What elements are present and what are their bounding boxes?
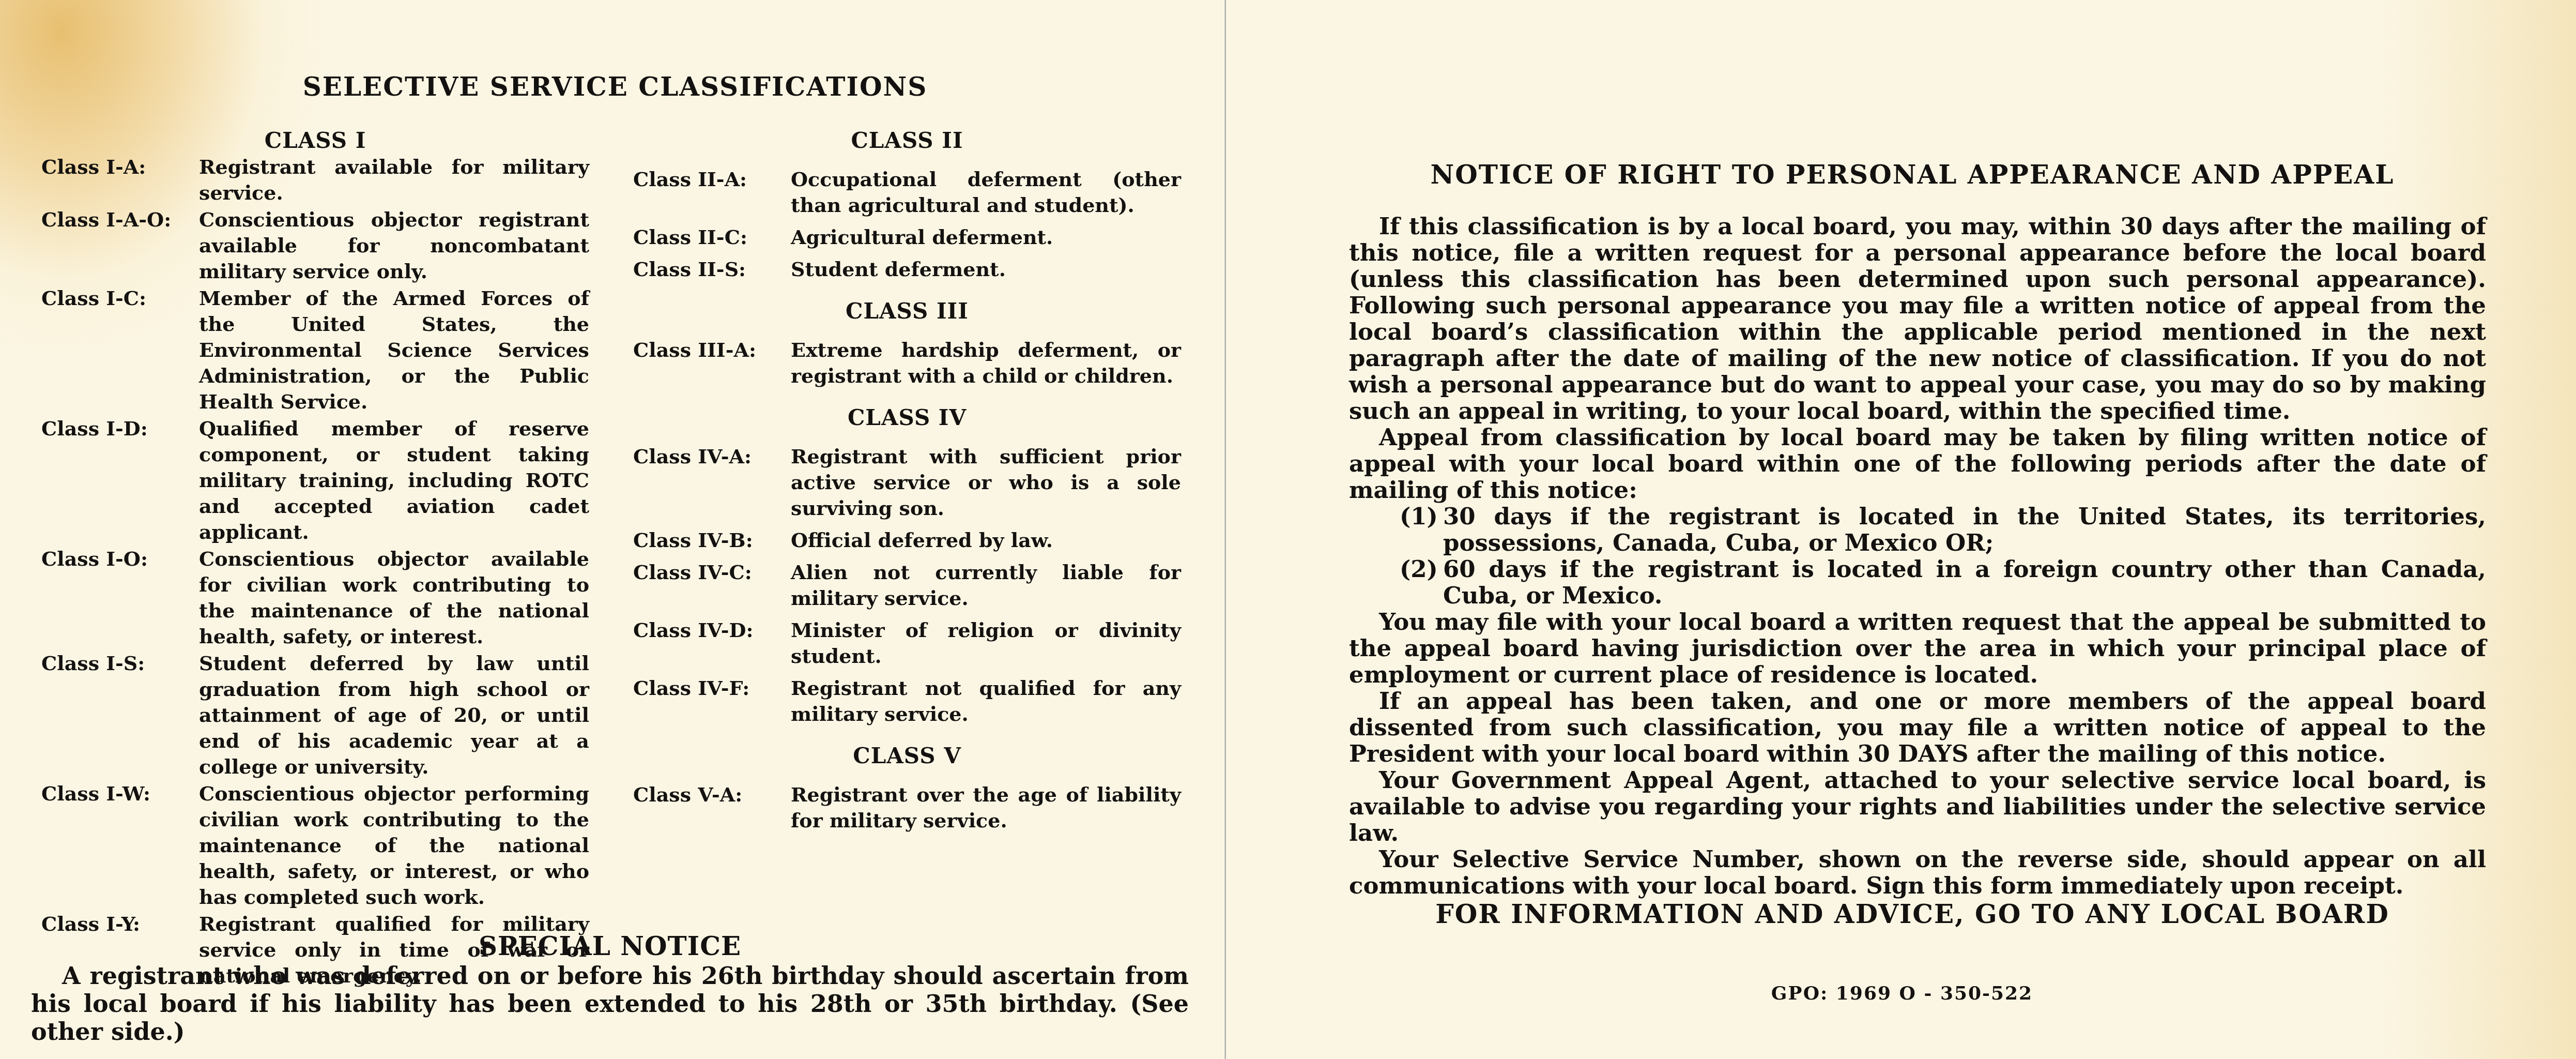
paragraph-appeal-periods: Appeal from classification by local boar…: [1349, 424, 2486, 503]
classification-description: Extreme hardship deferment, or registran…: [791, 337, 1181, 389]
classification-entry: Class I-O:Conscientious objector availab…: [41, 546, 589, 649]
classification-entry: Class II-C:Agricultural deferment.: [633, 224, 1181, 250]
class-group-header: CLASS IV: [633, 404, 1181, 431]
period-number: (2): [1400, 556, 1443, 609]
classification-description: Registrant over the age of liability for…: [791, 782, 1181, 834]
paragraph-presidential-appeal: If an appeal has been taken, and one or …: [1349, 688, 2486, 767]
classification-code: Class I-A:: [41, 154, 199, 206]
paragraph-service-number: Your Selective Service Number, shown on …: [1349, 846, 2486, 899]
class-i-column: CLASS I Class I-A:Registrant available f…: [41, 127, 589, 990]
classification-entry: Class I-W:Conscientious objector perform…: [41, 781, 589, 910]
classification-code: Class IV-A:: [633, 444, 791, 521]
classification-code: Class II-C:: [633, 224, 791, 250]
classification-code: Class II-S:: [633, 256, 791, 282]
appeal-notice-title: NOTICE OF RIGHT TO PERSONAL APPEARANCE A…: [1364, 159, 2460, 190]
class-group: CLASS IVClass IV-A:Registrant with suffi…: [633, 404, 1181, 727]
classification-description: Qualified member of reserve component, o…: [199, 416, 589, 545]
classification-code: Class V-A:: [633, 782, 791, 834]
period-text: 30 days if the registrant is located in …: [1443, 503, 2486, 556]
classification-code: Class I-S:: [41, 650, 199, 780]
classification-description: Conscientious objector available for civ…: [199, 546, 589, 649]
classification-description: Occupational deferment (other than agric…: [791, 167, 1181, 218]
classification-entry: Class I-D:Qualified member of reserve co…: [41, 416, 589, 545]
classification-code: Class I-O:: [41, 546, 199, 649]
classification-code: Class IV-D:: [633, 617, 791, 669]
class-ii-v-column: CLASS IIClass II-A:Occupational defermen…: [633, 127, 1181, 840]
class-groups: CLASS IIClass II-A:Occupational defermen…: [633, 127, 1181, 834]
classification-description: Registrant with sufficient prior active …: [791, 444, 1181, 521]
local-board-advice: FOR INFORMATION AND ADVICE, GO TO ANY LO…: [1364, 899, 2460, 929]
classification-description: Conscientious objector performing civili…: [199, 781, 589, 910]
appeal-period-2: (2) 60 days if the registrant is located…: [1349, 556, 2486, 609]
classification-description: Student deferred by law until graduation…: [199, 650, 589, 780]
classification-description: Minister of religion or divinity student…: [791, 617, 1181, 669]
classification-code: Class I-W:: [41, 781, 199, 910]
classification-entry: Class I-S:Student deferred by law until …: [41, 650, 589, 780]
class-group: CLASS IIClass II-A:Occupational defermen…: [633, 127, 1181, 282]
classification-code: Class III-A:: [633, 337, 791, 389]
classification-entry: Class I-A-O:Conscientious objector regis…: [41, 207, 589, 284]
classification-code: Class IV-B:: [633, 527, 791, 553]
class-group-header: CLASS II: [633, 127, 1181, 154]
classification-description: Registrant not qualified for any militar…: [791, 675, 1181, 727]
classification-description: Student deferment.: [791, 256, 1181, 282]
class-group: CLASS VClass V-A:Registrant over the age…: [633, 743, 1181, 834]
period-number: (1): [1400, 503, 1443, 556]
classification-description: Official deferred by law.: [791, 527, 1181, 553]
classification-entry: Class IV-C:Alien not currently liable fo…: [633, 559, 1181, 611]
classification-code: Class I-D:: [41, 416, 199, 545]
classification-description: Member of the Armed Forces of the United…: [199, 285, 589, 415]
classification-entry: Class IV-D:Minister of religion or divin…: [633, 617, 1181, 669]
classification-description: Conscientious objector registrant availa…: [199, 207, 589, 284]
period-text: 60 days if the registrant is located in …: [1443, 556, 2486, 609]
classification-entry: Class IV-A:Registrant with sufficient pr…: [633, 444, 1181, 521]
special-notice-body: A registrant who was deferred on or befo…: [31, 962, 1189, 1046]
classification-code: Class I-C:: [41, 285, 199, 415]
class-i-header: CLASS I: [41, 127, 589, 154]
class-group-header: CLASS III: [633, 298, 1181, 325]
classification-code: Class II-A:: [633, 167, 791, 218]
classification-code: Class I-A-O:: [41, 207, 199, 284]
classification-description: Alien not currently liable for military …: [791, 559, 1181, 611]
card-fold-line: [1224, 0, 1226, 1059]
classification-entry: Class IV-B:Official deferred by law.: [633, 527, 1181, 553]
appeal-notice-body: If this classification is by a local boa…: [1349, 213, 2486, 899]
classification-entry: Class IV-F:Registrant not qualified for …: [633, 675, 1181, 727]
classification-code: Class IV-C:: [633, 559, 791, 611]
classification-entry: Class I-C:Member of the Armed Forces of …: [41, 285, 589, 415]
class-group-header: CLASS V: [633, 743, 1181, 769]
classification-entry: Class III-A:Extreme hardship deferment, …: [633, 337, 1181, 389]
special-notice-title: SPECIAL NOTICE: [31, 931, 1189, 962]
paragraph-appeal-agent: Your Government Appeal Agent, attached t…: [1349, 767, 2486, 846]
classification-entry: Class II-A:Occupational deferment (other…: [633, 167, 1181, 218]
classification-code: Class IV-F:: [633, 675, 791, 727]
paragraph-appeal-board-request: You may file with your local board a wri…: [1349, 609, 2486, 688]
special-notice: SPECIAL NOTICE A registrant who was defe…: [31, 931, 1189, 1046]
classification-description: Registrant available for military servic…: [199, 154, 589, 206]
classification-description: Agricultural deferment.: [791, 224, 1181, 250]
classifications-title: SELECTIVE SERVICE CLASSIFICATIONS: [287, 71, 943, 102]
class-group: CLASS IIIClass III-A:Extreme hardship de…: [633, 298, 1181, 389]
classification-entry: Class V-A:Registrant over the age of lia…: [633, 782, 1181, 834]
appeal-period-1: (1) 30 days if the registrant is located…: [1349, 503, 2486, 556]
classification-entry: Class II-S:Student deferment.: [633, 256, 1181, 282]
printer-mark: GPO: 1969 O - 350-522: [1695, 982, 2109, 1004]
classification-entry: Class I-A:Registrant available for milit…: [41, 154, 589, 206]
paragraph-personal-appearance: If this classification is by a local boa…: [1349, 213, 2486, 424]
class-i-entries: Class I-A:Registrant available for milit…: [41, 154, 589, 989]
